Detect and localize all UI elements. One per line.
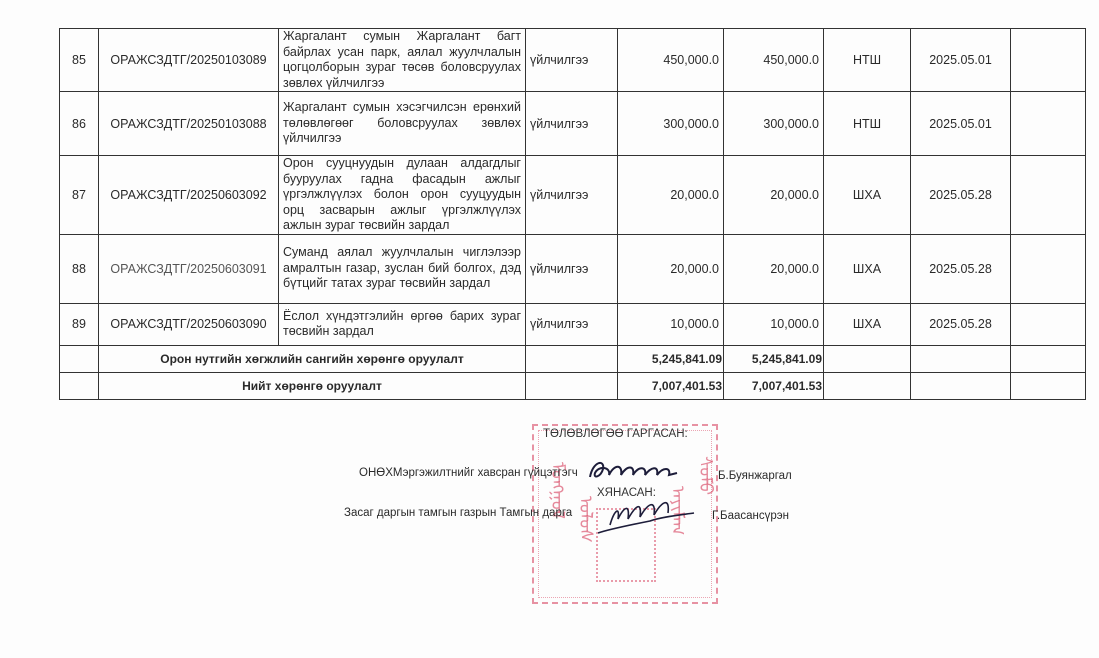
procurement-type: үйлчилгээ <box>526 234 618 303</box>
prepared-heading: ТӨЛӨВЛӨГӨӨ ГАРГАСАН: <box>543 428 688 440</box>
row-amount-1: 20,000.0 <box>618 234 724 303</box>
row-amount-2: 450,000.0 <box>724 29 824 92</box>
prepared-name: Б.Буянжаргал <box>718 470 792 482</box>
row-note <box>1011 29 1086 92</box>
subtotal-no <box>60 345 99 372</box>
subtotal-amount-2: 5,245,841.09 <box>724 345 824 372</box>
procurement-code: ОРАЖСЗДТГ/20250603092 <box>99 156 279 235</box>
subtotal-type <box>526 345 618 372</box>
row-description: Жаргалант сумын хэсэгчилсэн ерөнхий төлө… <box>279 92 526 156</box>
row-date: 2025.05.01 <box>911 92 1011 156</box>
total-amount-1: 7,007,401.53 <box>618 372 724 399</box>
row-amount-2: 20,000.0 <box>724 234 824 303</box>
table-row: 89ОРАЖСЗДТГ/20250603090Ёслол хүндэтгэлий… <box>60 303 1086 345</box>
responsible-org: ШХА <box>824 234 911 303</box>
table-row: 86ОРАЖСЗДТГ/20250103088Жаргалант сумын х… <box>60 92 1086 156</box>
subtotal-note <box>1011 345 1086 372</box>
row-amount-2: 20,000.0 <box>724 156 824 235</box>
signature-reviewed-icon <box>590 495 700 540</box>
seal-script-icon: ᠰᠤᠮᠤ <box>690 456 721 495</box>
total-date <box>911 372 1011 399</box>
responsible-org: ШХА <box>824 156 911 235</box>
row-amount-1: 20,000.0 <box>618 156 724 235</box>
table-row: 87ОРАЖСЗДТГ/20250603092Орон сууцнуудын д… <box>60 156 1086 235</box>
responsible-org: ШХА <box>824 303 911 345</box>
total-type <box>526 372 618 399</box>
subtotal-org <box>824 345 911 372</box>
row-amount-1: 300,000.0 <box>618 92 724 156</box>
document-page: 85ОРАЖСЗДТГ/20250103089Жаргалант сумын Ж… <box>0 0 1099 658</box>
row-date: 2025.05.28 <box>911 156 1011 235</box>
signature-prepared-icon <box>585 455 685 487</box>
table-row: 88ОРАЖСЗДТГ/20250603091Суманд аялал жуул… <box>60 234 1086 303</box>
procurement-code: ОРАЖСЗДТГ/20250603091 <box>99 234 279 303</box>
row-amount-1: 450,000.0 <box>618 29 724 92</box>
subtotal-row: Орон нутгийн хөгжлийн сангийн хөрөнгө ор… <box>60 345 1086 372</box>
total-amount-2: 7,007,401.53 <box>724 372 824 399</box>
row-description: Жаргалант сумын Жаргалант багт байрлах у… <box>279 29 526 92</box>
row-date: 2025.05.28 <box>911 234 1011 303</box>
row-date: 2025.05.01 <box>911 29 1011 92</box>
procurement-code: ОРАЖСЗДТГ/20250103088 <box>99 92 279 156</box>
total-note <box>1011 372 1086 399</box>
row-number: 88 <box>60 234 99 303</box>
prepared-role: ОНӨХМэргэжилтнийг хавсран гүйцэтгэгч <box>359 467 578 479</box>
procurement-type: үйлчилгээ <box>526 29 618 92</box>
row-description: Орон сууцнуудын дулаан алдагдлыг бууруул… <box>279 156 526 235</box>
subtotal-amount-1: 5,245,841.09 <box>618 345 724 372</box>
row-description: Ёслол хүндэтгэлийн өргөө барих зураг төс… <box>279 303 526 345</box>
total-label: Нийт хөрөнгө оруулалт <box>99 372 526 399</box>
row-note <box>1011 303 1086 345</box>
subtotal-date <box>911 345 1011 372</box>
row-description: Суманд аялал жуулчлалын чиглэлээр амралт… <box>279 234 526 303</box>
row-number: 89 <box>60 303 99 345</box>
row-number: 85 <box>60 29 99 92</box>
total-no <box>60 372 99 399</box>
procurement-code: ОРАЖСЗДТГ/20250603090 <box>99 303 279 345</box>
responsible-org: НТШ <box>824 29 911 92</box>
table-row: 85ОРАЖСЗДТГ/20250103089Жаргалант сумын Ж… <box>60 29 1086 92</box>
row-note <box>1011 156 1086 235</box>
responsible-org: НТШ <box>824 92 911 156</box>
total-row: Нийт хөрөнгө оруулалт 7,007,401.53 7,007… <box>60 372 1086 399</box>
procurement-code: ОРАЖСЗДТГ/20250103089 <box>99 29 279 92</box>
row-amount-2: 10,000.0 <box>724 303 824 345</box>
procurement-type: үйлчилгээ <box>526 156 618 235</box>
reviewed-role: Засаг даргын тамгын газрын Тамгын дарга <box>344 507 572 519</box>
row-note <box>1011 234 1086 303</box>
procurement-type: үйлчилгээ <box>526 303 618 345</box>
row-number: 87 <box>60 156 99 235</box>
procurement-type: үйлчилгээ <box>526 92 618 156</box>
row-date: 2025.05.28 <box>911 303 1011 345</box>
subtotal-label: Орон нутгийн хөгжлийн сангийн хөрөнгө ор… <box>99 345 526 372</box>
row-amount-2: 300,000.0 <box>724 92 824 156</box>
reviewed-name: Г.Баасансүрэн <box>712 510 789 522</box>
row-amount-1: 10,000.0 <box>618 303 724 345</box>
row-note <box>1011 92 1086 156</box>
row-number: 86 <box>60 92 99 156</box>
total-org <box>824 372 911 399</box>
investment-table: 85ОРАЖСЗДТГ/20250103089Жаргалант сумын Ж… <box>59 28 1086 400</box>
